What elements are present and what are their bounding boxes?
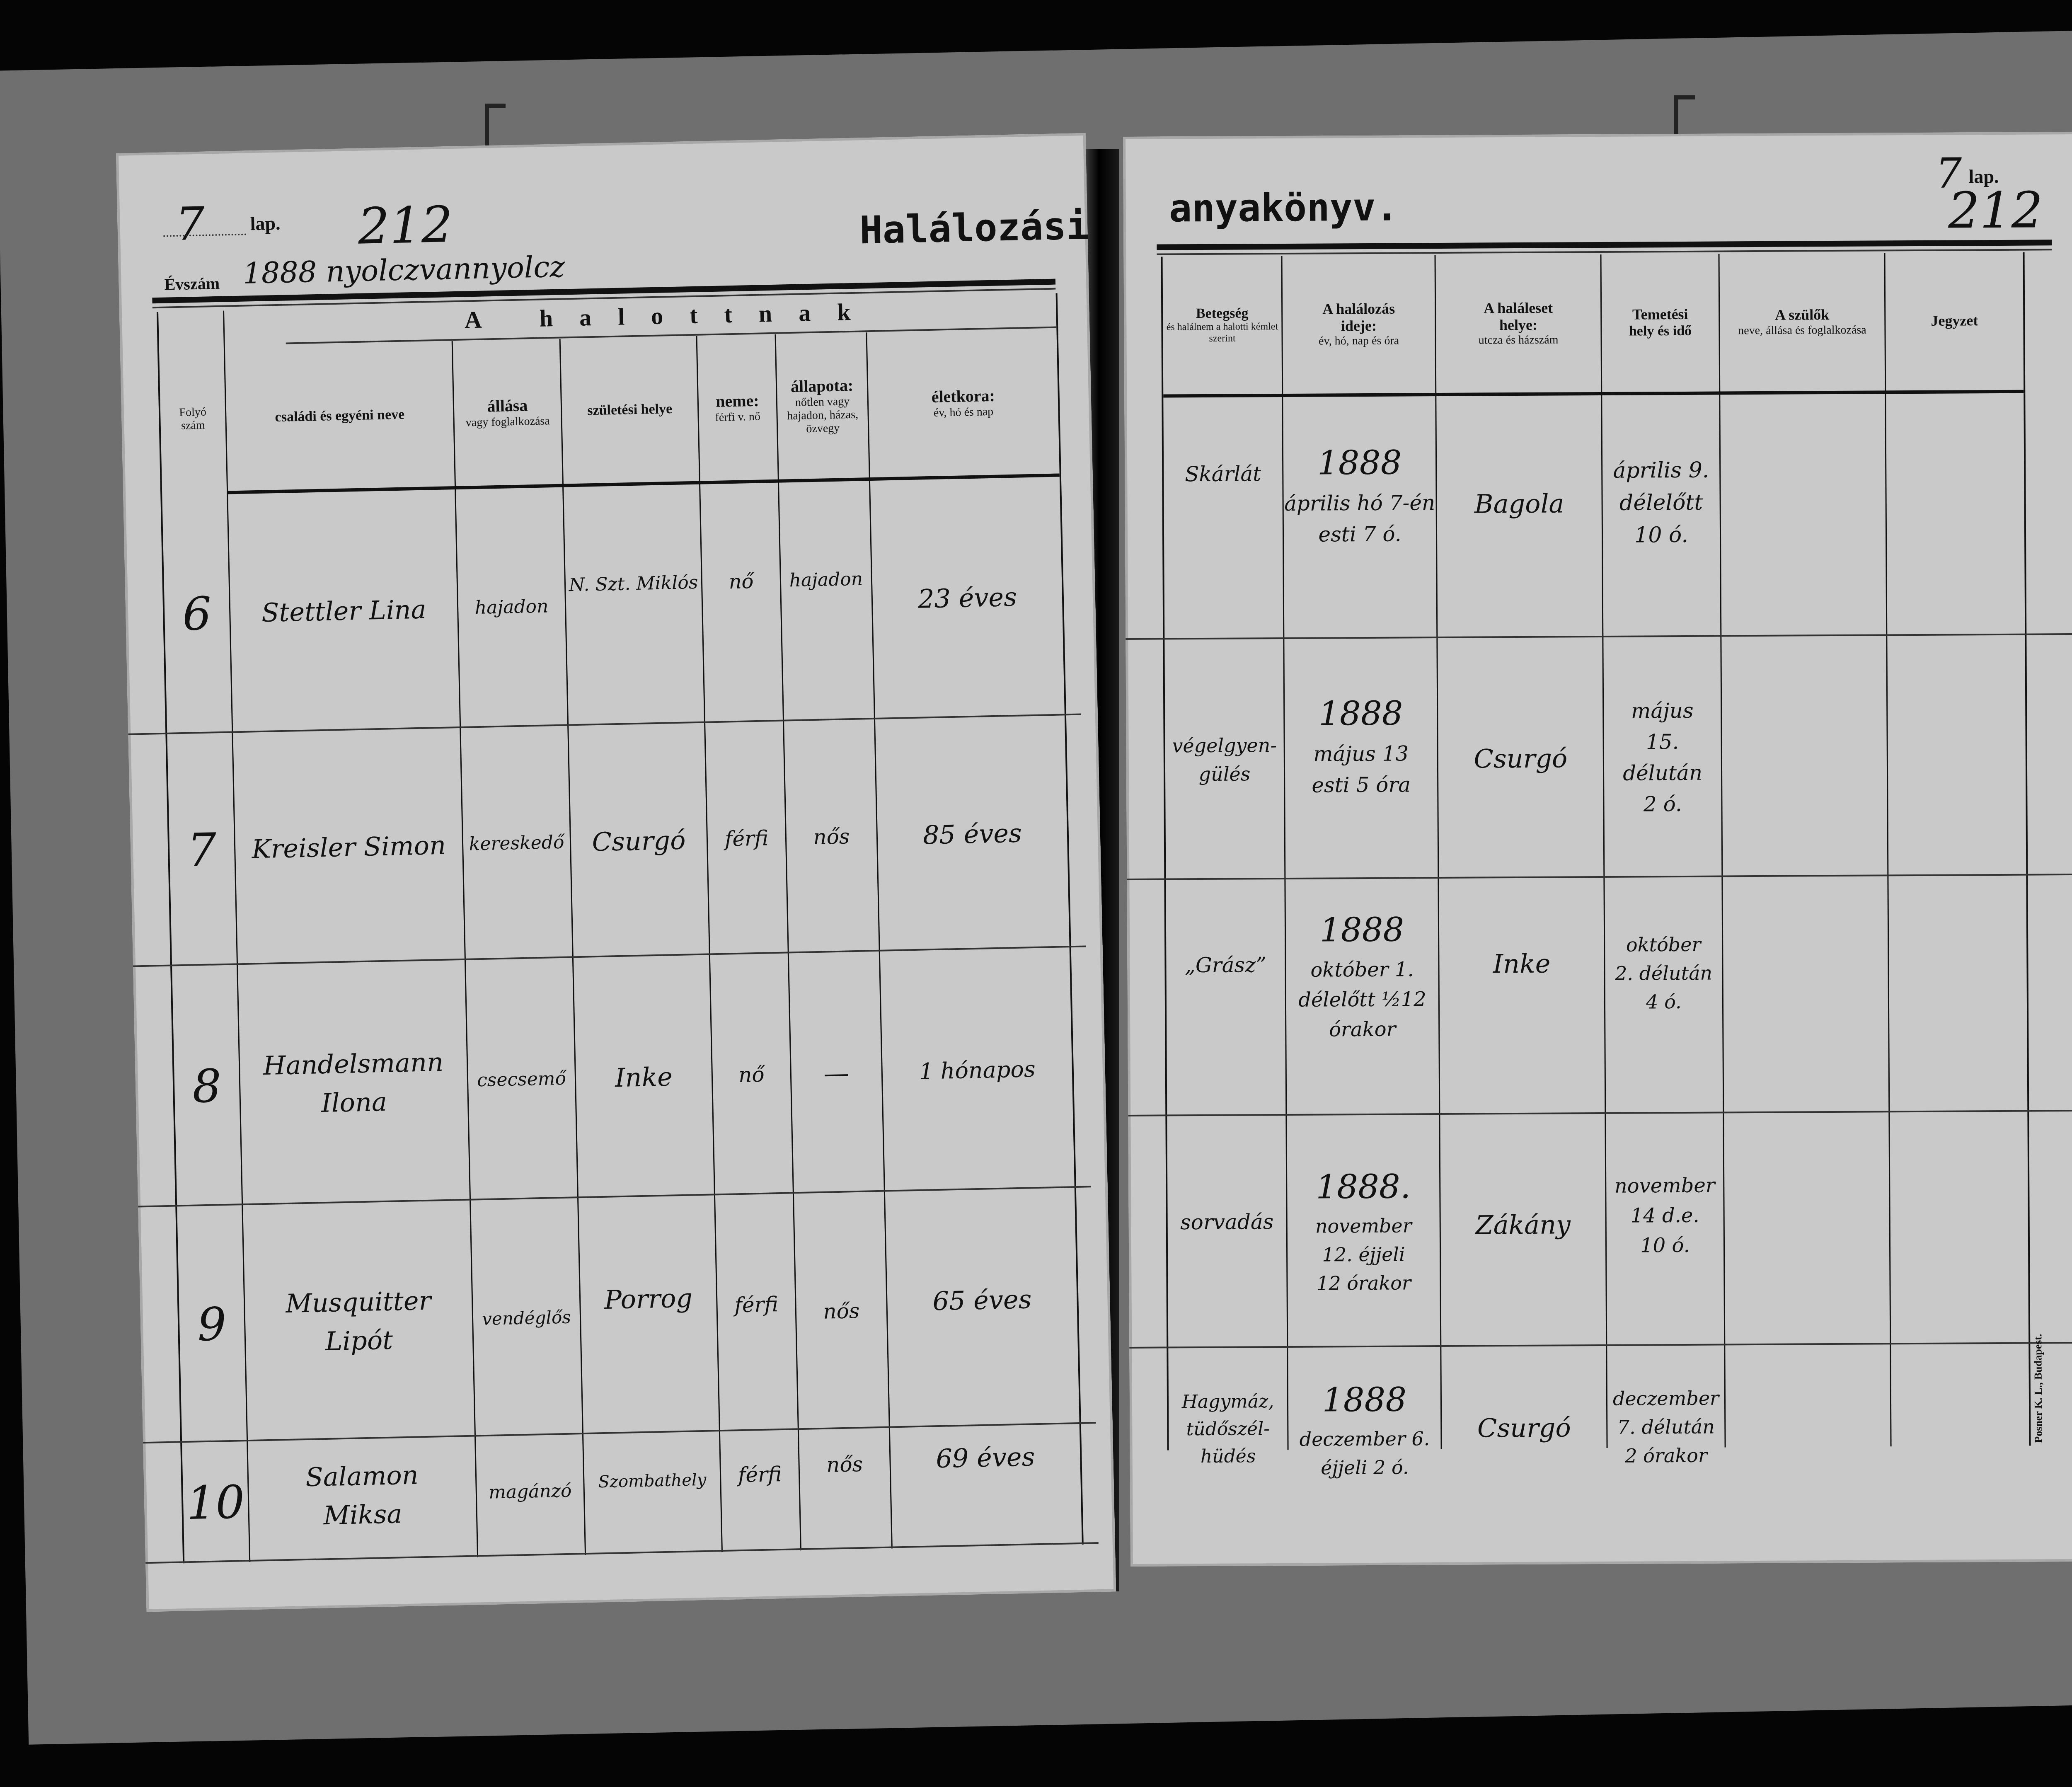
row-number: 7 [167,735,237,964]
burial: deczember7. délután2 órakor [1607,1348,1725,1506]
register-title-right: anyakönyv. [1169,185,1399,231]
notes [1886,397,2025,605]
col-header-nev: családi és egyéni neve [225,341,455,491]
right-page: anyakönyv. 7 lap. 212 Betegség és haláln… [1123,132,2072,1567]
cause-of-death: „Grász” [1166,882,1285,1048]
birthplace: N. Szt. Miklós [563,465,704,704]
parents [1725,1347,1890,1447]
cause-of-death: sorvadás [1167,1118,1287,1326]
time-of-death: 1888október 1.délelőtt ½12órakor [1285,881,1438,1068]
left-page: 7 lap. 212 Évszám 1888 nyolczvannyolcz H… [116,133,1116,1612]
deceased-name: Stettler Lina [228,490,460,731]
time-of-death: 1888április hó 7-énesti 7 ó. [1283,400,1436,588]
sex: férfi [705,724,787,954]
burial: május15.délután2 ó. [1603,639,1721,876]
folio-number-left: 212 [357,196,453,256]
burial: április 9.délelőtt10 ó. [1602,399,1720,606]
notes [1890,1114,2028,1339]
age: 23 éves [870,477,1065,717]
col-header-betegseg: Betegség és halálnem a halotti kémlet sz… [1163,256,1282,393]
col-header-szuletesi-helye: születési helye [561,336,699,484]
notes [1891,1346,2029,1447]
col-header-temetesi: Temetési hely és idő [1602,254,1719,391]
marital-status: — [789,954,884,1192]
marital-status: nős [799,1406,891,1523]
printer-imprint: Posner K. L., Budapest. [2032,1334,2045,1443]
burial: október2. délután4 ó. [1605,879,1722,1066]
row-number: 6 [162,495,232,733]
deceased-name: SalamonMiksa [247,1410,477,1581]
occupation: vendéglős [471,1201,582,1435]
time-of-death: 1888deczember 6.éjjeli 2 ó. [1288,1349,1441,1508]
birthplace: Szombathely [583,1421,721,1540]
deceased-name: HandelsmannIlona [238,963,470,1203]
time-of-death: 1888.november12. éjjeli12 órakor [1287,1117,1440,1342]
notes [1887,638,2026,875]
deceased-name: MusquitterLipót [243,1203,474,1440]
notes [1888,878,2027,1111]
time-of-death: 1888május 13esti 5 óra [1284,641,1438,849]
place-of-death: Inke [1439,880,1604,1047]
col-header-halalozas-ideje: A halálozás ideje: év, hó, nap és óra [1283,255,1435,393]
deceased-name: Kreisler Simon [233,731,464,963]
row-number: 9 [177,1208,247,1441]
age: 1 hónapos [880,950,1075,1190]
age: 85 éves [875,718,1069,949]
folio-number-right: 212 [1948,182,2043,240]
age: 69 éves [889,1397,1081,1518]
cause-of-death: Skárlát [1163,401,1283,547]
parents [1723,879,1888,1111]
col-header-eletkora: életkora: év, hó és nap [867,329,1059,477]
year-value: 1888 nyolczvannyolcz [242,249,565,290]
page-label-left: lap. [250,212,281,235]
row-number: 8 [172,967,242,1205]
place-of-death: Bagola [1436,400,1602,608]
marital-status: hajadon [779,461,874,699]
header-rule-top [1157,240,2052,250]
sex: nő [700,463,782,701]
place-of-death: Csurgó [1438,640,1603,877]
marital-status: nős [784,722,879,952]
occupation: csecsemő [466,960,577,1199]
col-header-jegyzet: Jegyzet [1885,252,2024,390]
sex: férfi [720,1416,800,1533]
cause-of-death: végelgyen-gülés [1164,642,1284,878]
col-header-allasa: állása vagy foglalkozása [453,339,562,486]
occupation: magánzó [476,1433,585,1551]
col-header-szulok: A szülők neve, állása és foglalkozása [1719,253,1885,390]
age: 65 éves [885,1182,1080,1418]
col-header-allapota: állapota: nőtlen vagy hajadon, házas, öz… [776,332,869,479]
sex: férfi [715,1188,798,1421]
year-label: Évszám [164,274,220,294]
cause-of-death: Hagymáz,tüdőszél-hüdés [1168,1350,1288,1508]
place-of-death: Csurgó [1441,1349,1607,1507]
parents [1720,398,1886,606]
parents [1724,1115,1890,1339]
birthplace: Csurgó [569,726,709,956]
birthplace: Inke [574,957,714,1196]
marital-status: nős [794,1194,889,1428]
page-number-left: 7 [175,197,205,251]
parents [1721,638,1887,875]
occupation: kereskedő [461,728,572,958]
sex: nő [710,956,793,1194]
place-of-death: Zákány [1440,1116,1606,1333]
burial: november14 d.e.10 ó. [1606,1116,1724,1315]
row-number: 10 [182,1444,249,1561]
col-header-folyo-szam: Folyó szám [159,346,227,492]
occupation: hajadon [456,488,567,726]
birthplace: Porrog [578,1181,719,1416]
col-header-haleset-helye: A haláleset helye: utcza és házszám [1436,254,1601,392]
register-title-left: Halálozási [859,203,1089,253]
col-header-neme: neme: férfi v. nő [697,334,778,481]
